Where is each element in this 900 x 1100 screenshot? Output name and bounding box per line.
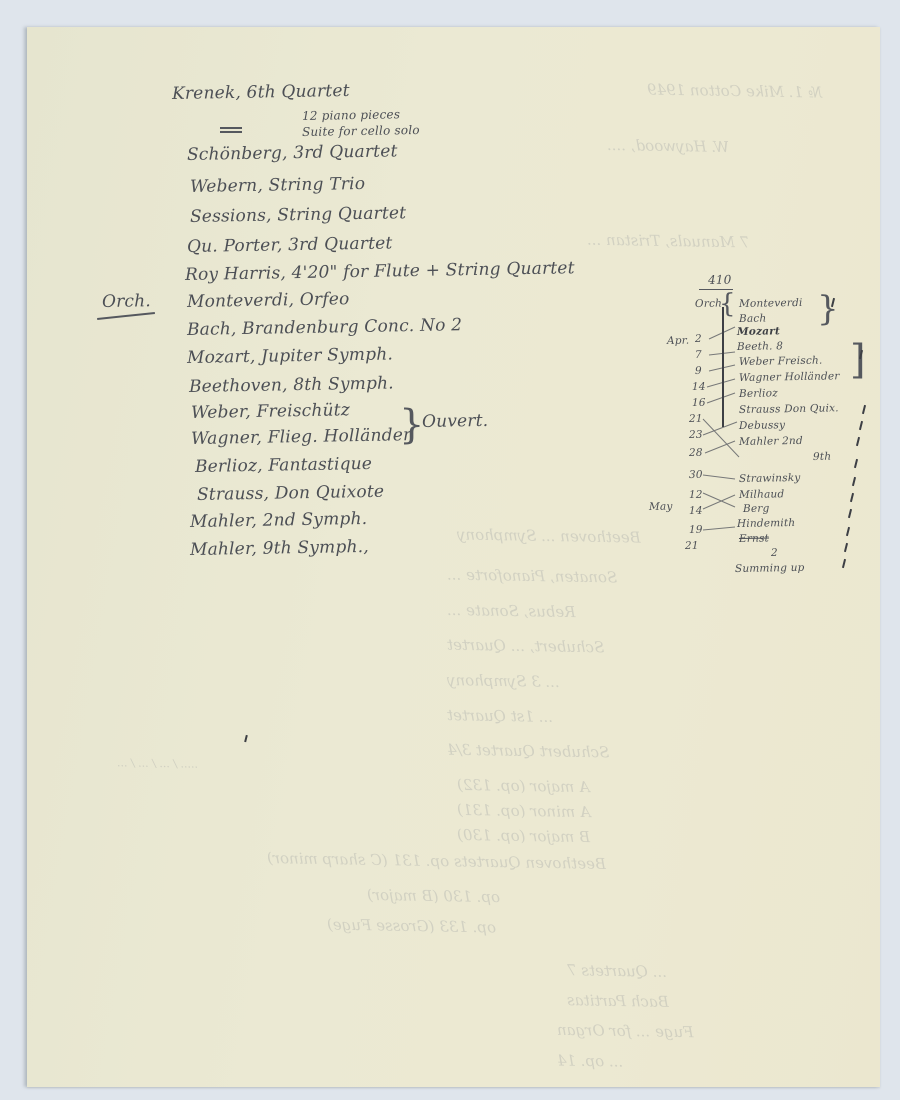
brace: ] bbox=[850, 340, 866, 380]
schedule-entry: Hindemith bbox=[737, 517, 796, 530]
schedule-entry: 9th bbox=[813, 451, 831, 463]
schedule-entry: 2 bbox=[771, 547, 778, 559]
schedule-entry: Monteverdi bbox=[739, 297, 803, 310]
schedule-entry: Berlioz bbox=[739, 387, 778, 400]
schedule-entry-struck: Ernst bbox=[739, 532, 769, 545]
manuscript-page: № 1. Mike Cotton 1949 W. Haywood, .... 7… bbox=[27, 27, 880, 1087]
schedule-entry: Weber Freisch. bbox=[739, 355, 823, 368]
schedule-entry: Summing up bbox=[735, 562, 805, 575]
schedule-entry: Bach bbox=[739, 313, 767, 325]
schedule-entry: Debussy bbox=[739, 419, 785, 432]
schedule-entry: Mozart bbox=[737, 325, 780, 338]
schedule-entry: Wagner Holländer bbox=[739, 370, 840, 384]
schedule-entry: Mahler 2nd bbox=[739, 435, 803, 448]
schedule-entry: Beeth. 8 bbox=[737, 340, 783, 353]
schedule-entry: Strauss Don Quix. bbox=[739, 402, 839, 416]
schedule-entry: Berg bbox=[743, 503, 770, 515]
schedule-entry: Milhaud bbox=[739, 488, 785, 501]
schedule-entry: Strawinsky bbox=[739, 472, 801, 485]
date-connector-lines bbox=[27, 27, 880, 1087]
brace: } bbox=[817, 292, 839, 326]
